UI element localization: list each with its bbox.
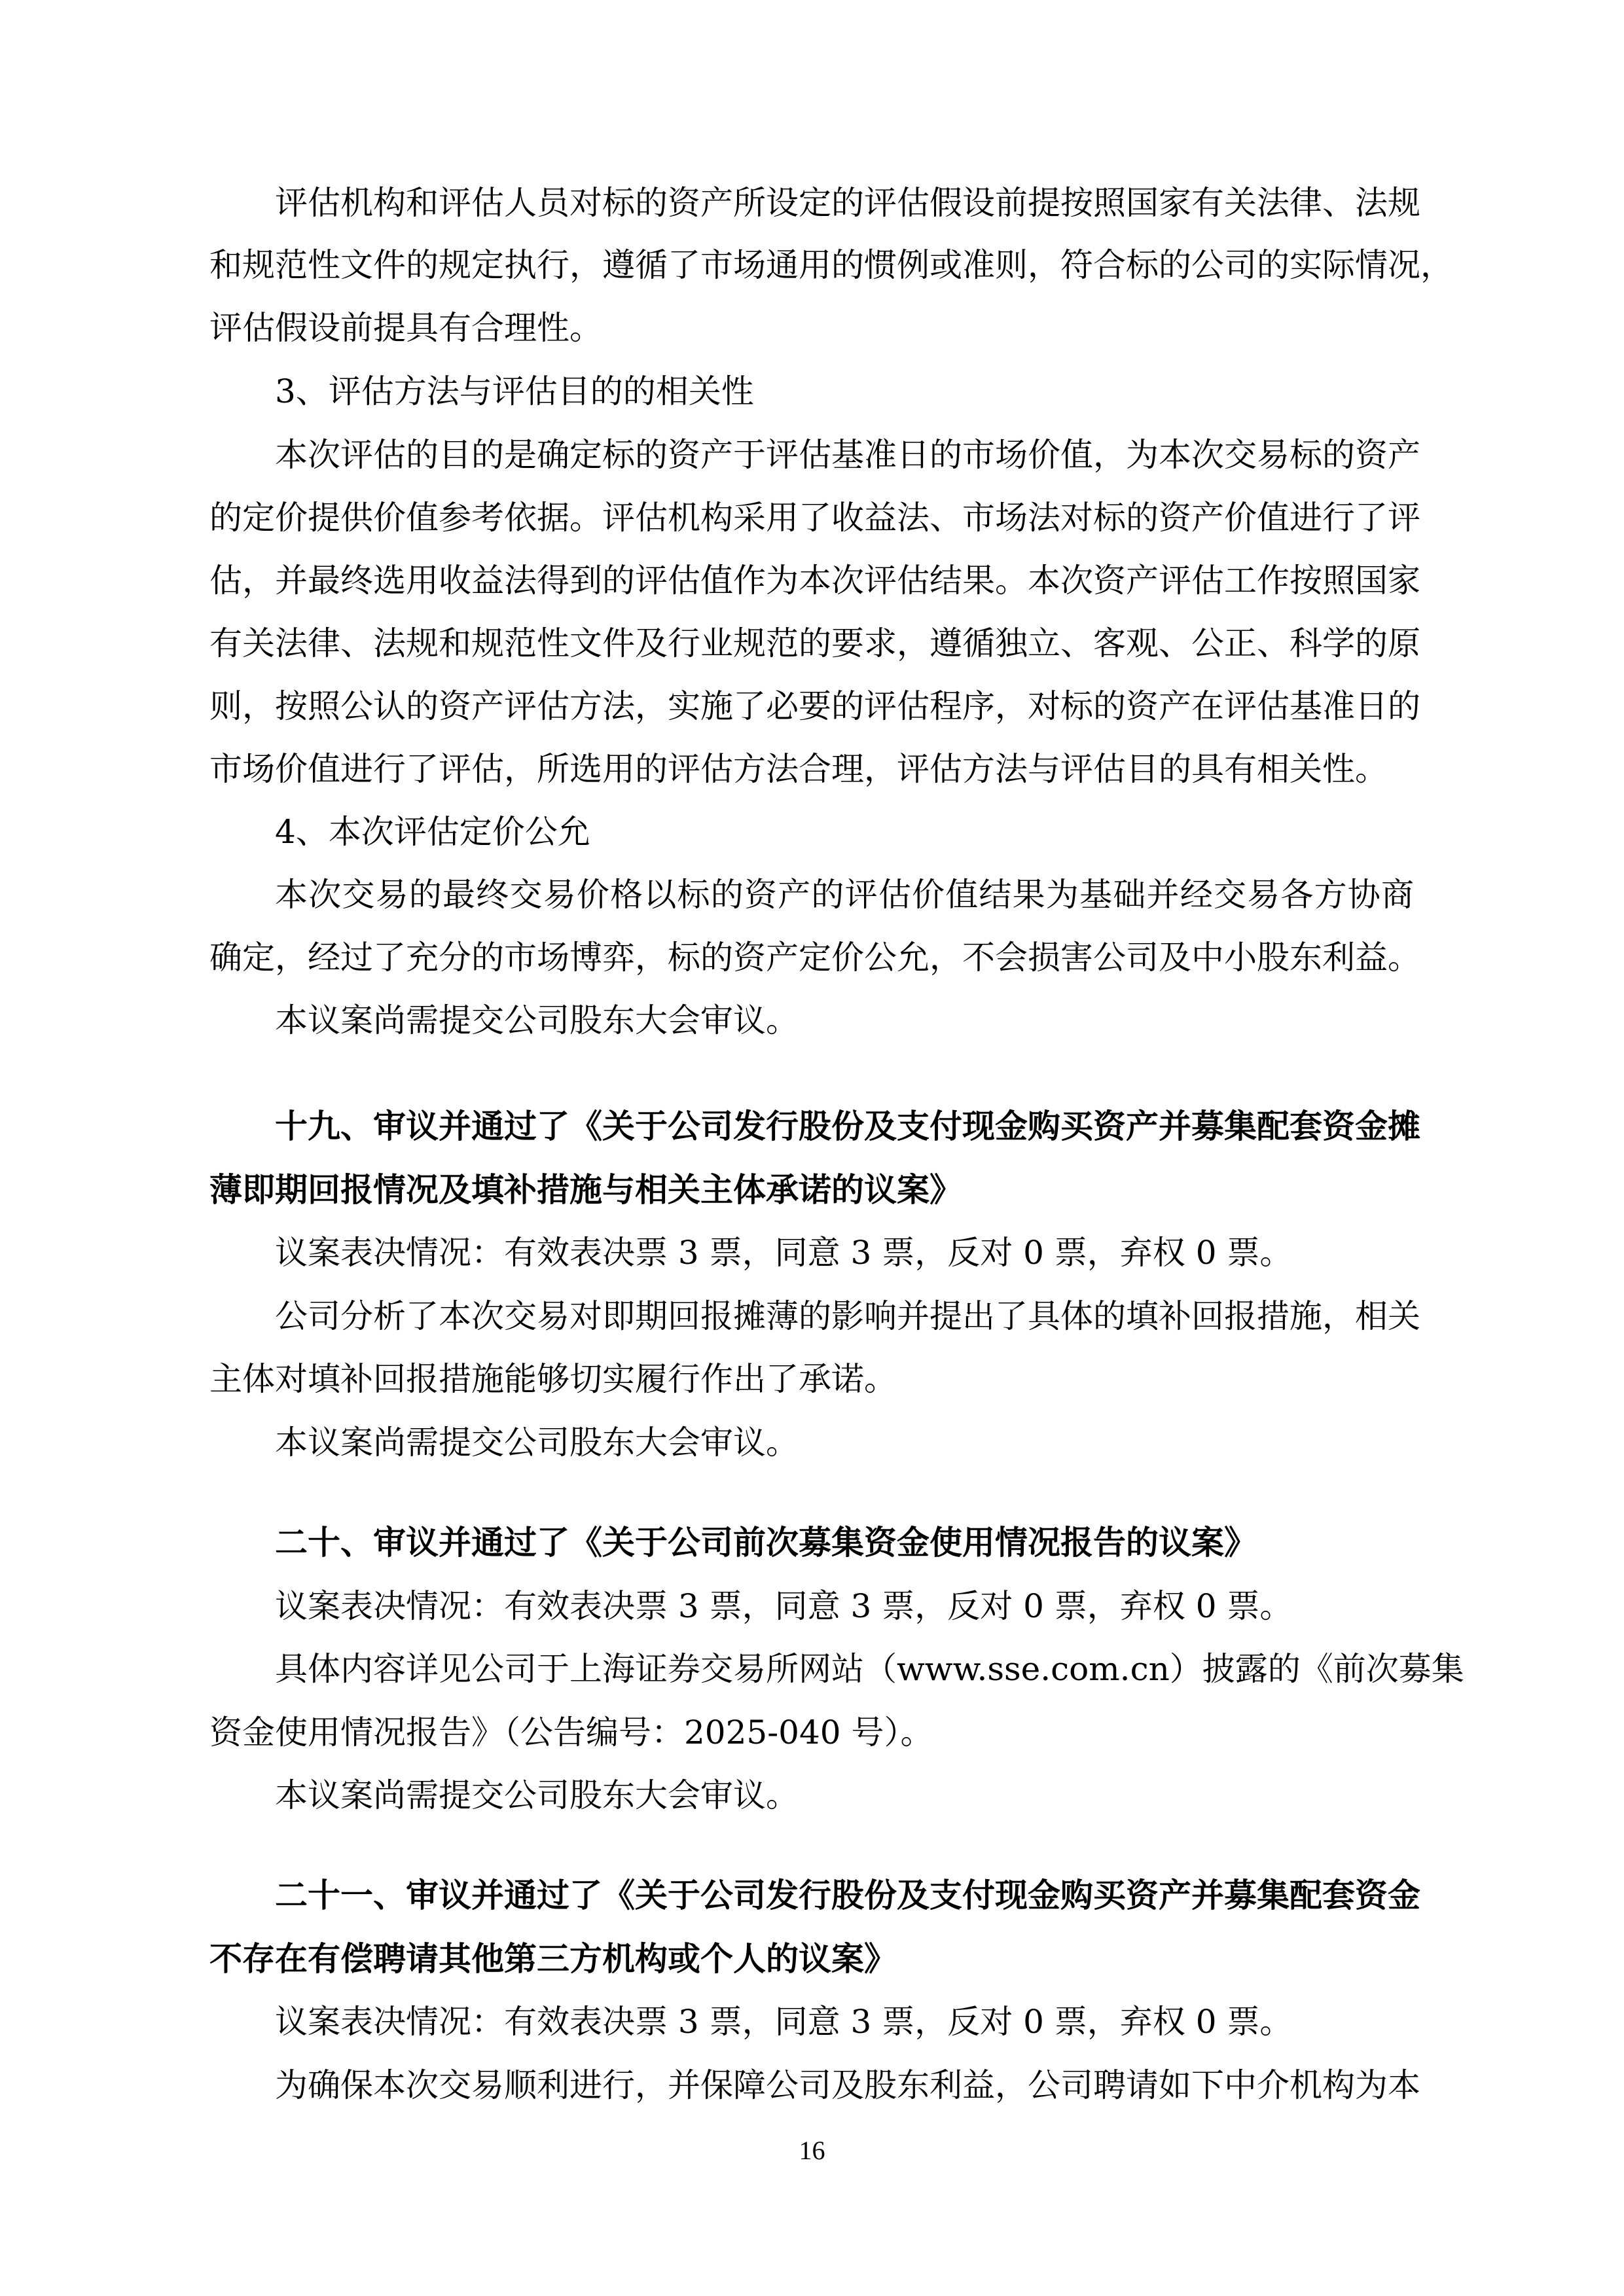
submission-note: 本议案尚需提交公司股东大会审议。 (275, 1776, 1414, 1815)
submission-note: 本议案尚需提交公司股东大会审议。 (275, 1001, 1414, 1040)
subheading-evaluation-method-relevance: 3、评估方法与评估目的的相关性 (275, 372, 1414, 411)
heading-item-19-cont: 薄即期回报情况及填补措施与相关主体承诺的议案》 (209, 1170, 1414, 1210)
heading-item-21-cont: 不存在有偿聘请其他第三方机构或个人的议案》 (209, 1939, 1414, 1979)
paragraph-line: 主体对填补回报措施能够切实履行作出了承诺。 (209, 1359, 1414, 1399)
heading-item-20: 二十、审议并通过了《关于公司前次募集资金使用情况报告的议案》 (275, 1523, 1414, 1562)
paragraph-line: 具体内容详见公司于上海证券交易所网站（www.sse.com.cn）披露的《前次… (275, 1649, 1414, 1689)
paragraph-line: 有关法律、法规和规范性文件及行业规范的要求，遵循独立、客观、公正、科学的原 (209, 624, 1414, 663)
paragraph-line: 市场价值进行了评估，所选用的评估方法合理，评估方法与评估目的具有相关性。 (209, 749, 1414, 789)
vote-result: 议案表决情况：有效表决票 3 票，同意 3 票，反对 0 票，弃权 0 票。 (275, 1587, 1414, 1626)
vote-result: 议案表决情况：有效表决票 3 票，同意 3 票，反对 0 票，弃权 0 票。 (275, 2002, 1414, 2041)
heading-item-21: 二十一、审议并通过了《关于公司发行股份及支付现金购买资产并募集配套资金 (275, 1876, 1414, 1915)
paragraph-line: 公司分析了本次交易对即期回报摊薄的影响并提出了具体的填补回报措施，相关 (275, 1297, 1414, 1336)
vote-result: 议案表决情况：有效表决票 3 票，同意 3 票，反对 0 票，弃权 0 票。 (275, 1233, 1414, 1272)
paragraph-line: 评估假设前提具有合理性。 (209, 308, 1414, 348)
subheading-pricing-fairness: 4、本次评估定价公允 (275, 812, 1414, 852)
paragraph-line: 资金使用情况报告》（公告编号：2025-040 号）。 (209, 1713, 1414, 1752)
paragraph-line: 为确保本次交易顺利进行，并保障公司及股东利益，公司聘请如下中介机构为本 (275, 2066, 1414, 2105)
paragraph-line: 和规范性文件的规定执行，遵循了市场通用的惯例或准则，符合标的公司的实际情况， (209, 245, 1414, 285)
heading-item-19: 十九、审议并通过了《关于公司发行股份及支付现金购买资产并募集配套资金摊 (275, 1107, 1414, 1146)
paragraph-line: 本次交易的最终交易价格以标的资产的评估价值结果为基础并经交易各方协商 (275, 875, 1414, 914)
paragraph-line: 的定价提供价值参考依据。评估机构采用了收益法、市场法对标的资产价值进行了评 (209, 498, 1414, 537)
paragraph-line: 本次评估的目的是确定标的资产于评估基准日的市场价值，为本次交易标的资产 (275, 435, 1414, 475)
submission-note: 本议案尚需提交公司股东大会审议。 (275, 1423, 1414, 1462)
paragraph-line: 确定，经过了充分的市场博弈，标的资产定价公允，不会损害公司及中小股东利益。 (209, 938, 1414, 977)
document-page: 评估机构和评估人员对标的资产所设定的评估假设前提按照国家有关法律、法规 和规范性… (0, 0, 1624, 2296)
paragraph-line: 评估机构和评估人员对标的资产所设定的评估假设前提按照国家有关法律、法规 (275, 183, 1414, 223)
paragraph-line: 估，并最终选用收益法得到的评估值作为本次评估结果。本次资产评估工作按照国家 (209, 561, 1414, 600)
paragraph-line: 则，按照公认的资产评估方法，实施了必要的评估程序，对标的资产在评估基准日的 (209, 687, 1414, 726)
page-number: 16 (0, 2135, 1624, 2166)
